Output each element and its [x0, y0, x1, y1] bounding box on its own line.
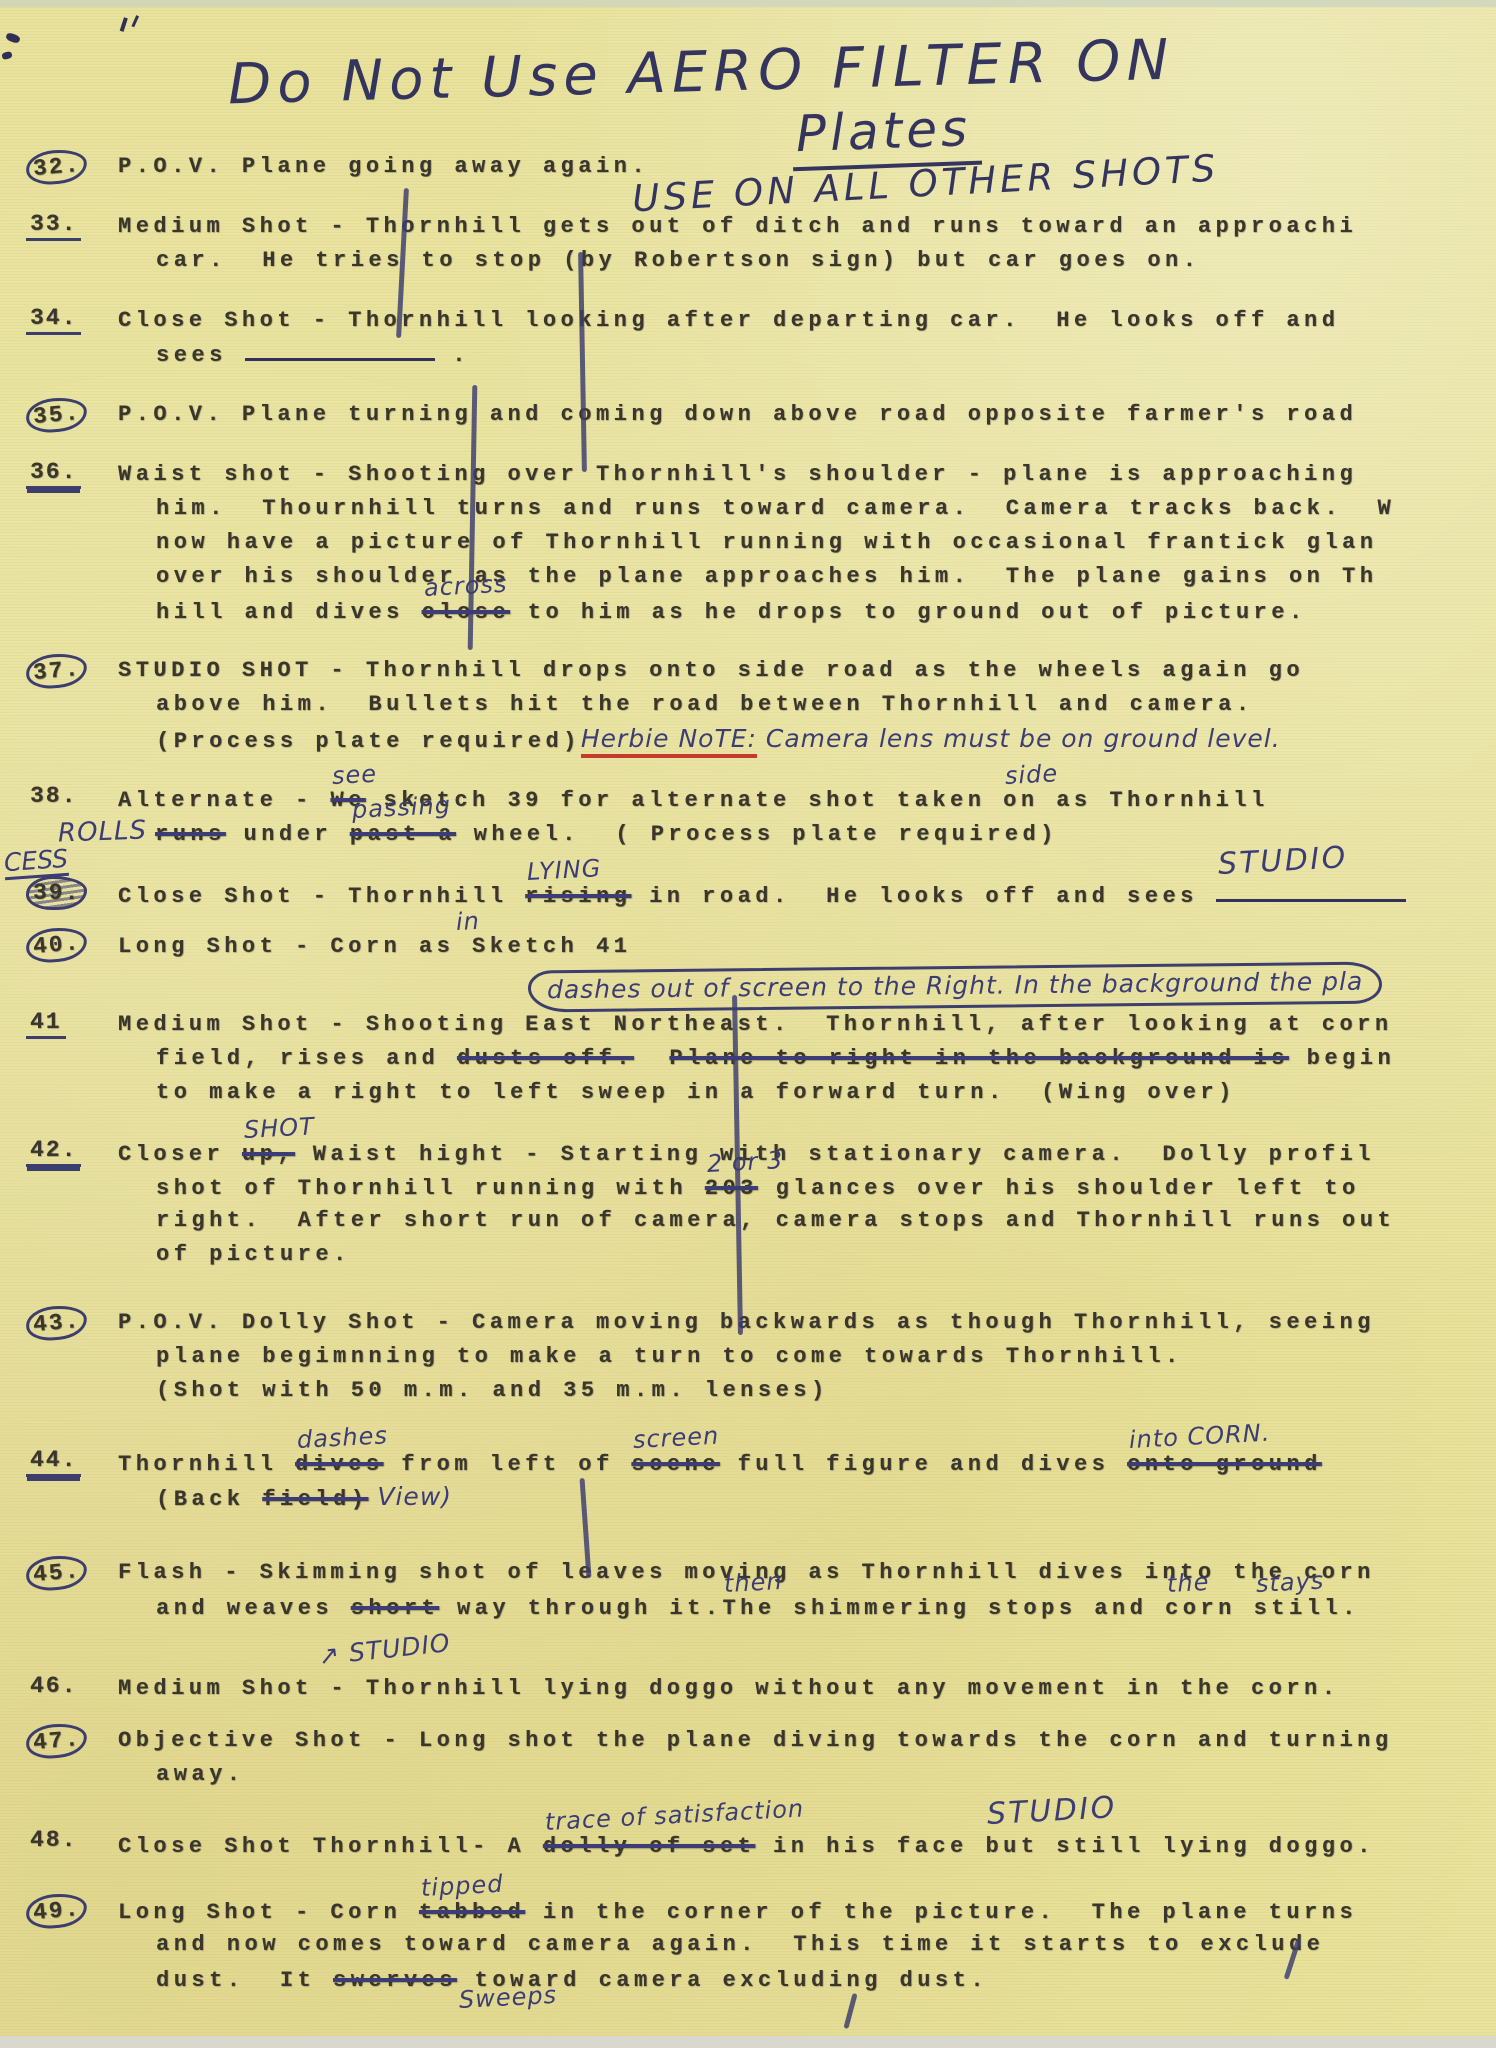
script-line: to make a right to left sweep in a forwa…	[118, 1076, 1496, 1110]
shot-description: Medium Shot - Shooting East Northeast. T…	[118, 1008, 1496, 1110]
script-line: P.O.V. Plane turning and coming down abo…	[118, 398, 1496, 432]
scan-edge-top	[0, 0, 1496, 7]
pen-stroke	[843, 1993, 857, 2029]
typed-text: in his face	[755, 1834, 985, 1859]
handwritten-row: ↗ STUDIO	[0, 1632, 1496, 1670]
script-line: (Back field) View)	[118, 1480, 1496, 1514]
typed-text: sketch 39 for alternate shot taken	[366, 788, 1003, 813]
script-line: Medium Shot - Shooting East Northeast. T…	[118, 1008, 1496, 1042]
typed-text: car. He tries to stop (by Robertson sign…	[156, 248, 1200, 273]
shot-number-column: 46.	[26, 1672, 118, 1700]
scan-edge-bottom	[0, 2036, 1496, 2048]
blank-underline	[1216, 879, 1406, 902]
typed-text: sees	[156, 343, 245, 368]
handwritten-studio-arrow: ↗ STUDIO	[317, 1625, 452, 1673]
handwritten-above: screen	[633, 1424, 635, 1457]
script-line: Close Shot Thornhill- A trace of satisfa…	[118, 1826, 1496, 1860]
struck-text: past a	[350, 822, 456, 847]
typed-text: glances over his shoulder left to	[758, 1176, 1360, 1201]
ink-smudge	[1, 51, 12, 60]
script-line: over his shoulder as the plane approache…	[118, 560, 1496, 594]
shot-description: Close Shot - Thornhill LYINGrising in ro…	[118, 876, 1496, 910]
script-line: field, rises and dusts off. Plane to rig…	[118, 1042, 1496, 1076]
shot-description: Flash - Skimming shot of leaves moving a…	[118, 1556, 1496, 1624]
shot-number: 41	[26, 1008, 66, 1039]
typed-text: Medium Shot - Shooting East Northeast. T…	[118, 1012, 1393, 1037]
ink-smudge	[5, 32, 21, 44]
typed-text: of picture.	[156, 1242, 351, 1267]
typed-text: to him as he drops to ground out of pict…	[510, 600, 1307, 625]
typed-text: Sketch 41	[454, 934, 631, 959]
typed-text: Thornhill	[118, 1452, 295, 1477]
shot-item-49: 49.Long Shot - Corn tippedtabbed in the …	[0, 1894, 1496, 1996]
typed-text: Medium Shot - Thornhill gets out of ditc…	[118, 214, 1357, 239]
shot-item-38: 38.Alternate - seeWe sketch 39 for alter…	[0, 782, 1496, 850]
struck-text: swerves	[333, 1968, 457, 1993]
script-line: (Process plate required)Herbie NoTE: Cam…	[118, 722, 1496, 756]
scanned-script-page: { "header": { "note1": "Do Not Use AERO …	[0, 0, 1496, 2048]
typed-text: (Shot with 50 m.m. and 35 m.m. lenses)	[156, 1378, 829, 1403]
script-page: Do Not Use AERO FILTER ON Plates USE ON …	[0, 0, 1496, 2048]
shot-description: STUDIO SHOT - Thornhill drops onto side …	[118, 654, 1496, 756]
handwritten-above: then	[724, 1568, 726, 1601]
shot-number: 35.	[25, 395, 89, 434]
shot-number: 42.	[26, 1136, 81, 1167]
script-line: hill and dives acrossclose to him as he …	[118, 594, 1496, 628]
shot-item-34: 34.Close Shot - Thornhill looking after …	[0, 304, 1496, 372]
struck-text: tabbed	[419, 1900, 525, 1925]
script-line: Waist shot - Shooting over Thornhill's s…	[118, 458, 1496, 492]
typed-text: P.O.V. Plane turning and coming down abo…	[118, 402, 1357, 427]
handwritten-note: ↗ STUDIO	[317, 1628, 452, 1671]
typed-text: under	[226, 822, 350, 847]
script-line: plane begimnning to make a turn to come …	[118, 1340, 1496, 1374]
shot-number-column: 45.	[26, 1556, 118, 1590]
shot-list: 32.P.O.V. Plane going away again.33.Medi…	[0, 150, 1496, 1996]
typed-text: him. Thournhill turns and runs toward ca…	[156, 496, 1395, 521]
handwritten-above: STUDIO	[1217, 848, 1219, 881]
shot-number: 40.	[25, 925, 89, 964]
typed-text: Objective Shot - Long shot the plane div…	[118, 1728, 1393, 1753]
handwritten-above: see	[332, 760, 334, 793]
shot-number: 36.	[26, 458, 81, 489]
handwritten-row: dashes out of screen to the Right. In th…	[0, 966, 1496, 1004]
typed-text: Close Shot - Thornhill looking after dep…	[118, 308, 1339, 333]
shot-number: 46.	[26, 1672, 81, 1700]
struck-text: up,	[242, 1142, 295, 1167]
typed-text: STUDIO SHOT - Thornhill drops onto side …	[118, 658, 1304, 683]
typed-text: Waist hight - Starting with stationary c…	[295, 1142, 1375, 1167]
shot-number-column: 39.CESS	[26, 876, 118, 910]
shot-item-39: 39.CESSClose Shot - Thornhill LYINGrisin…	[0, 876, 1496, 910]
script-line: car. He tries to stop (by Robertson sign…	[118, 244, 1496, 278]
shot-description: Close Shot Thornhill- A trace of satisfa…	[118, 1826, 1496, 1860]
script-line: right. After short run of camera, camera…	[118, 1204, 1496, 1238]
typed-text: wheel. ( Process plate required)	[456, 822, 1058, 847]
shot-item-40: 40.Long Shot - Corn asin Sketch 41	[0, 928, 1496, 962]
struck-text: close	[422, 600, 511, 625]
typed-text: way through it.	[439, 1596, 722, 1621]
handwritten-bubble-note: dashes out of screen to the Right. In th…	[528, 962, 1383, 1013]
script-line: and weaves short way through it.thenThe …	[118, 1590, 1496, 1624]
shot-number-column: 37.	[26, 654, 118, 688]
script-line: Long Shot - Corn tippedtabbed in the cor…	[118, 1894, 1496, 1928]
script-line: ↗ STUDIO	[118, 1632, 1496, 1666]
typed-text: field, rises and	[156, 1046, 457, 1071]
shot-number-column: 33.	[26, 210, 118, 241]
typed-text: away.	[156, 1762, 245, 1787]
shot-number: 38.	[26, 782, 81, 810]
script-line: Medium Shot - Thornhill gets out of ditc…	[118, 210, 1496, 244]
typed-text: in road. He looks off and sees	[631, 884, 1215, 909]
shot-description: P.O.V. Plane turning and coming down abo…	[118, 398, 1496, 432]
shot-number-column: 43.	[26, 1306, 118, 1340]
struck-text: dusts off.	[457, 1046, 634, 1071]
struck-text: onto ground	[1127, 1452, 1322, 1477]
typed-text: on as Thornhill	[1003, 788, 1269, 813]
script-line: STUDIO SHOT - Thornhill drops onto side …	[118, 654, 1496, 688]
handwritten-header-note: Do Not Use AERO FILTER ON	[227, 28, 1175, 118]
handwritten-margin-note: ROLLS	[57, 814, 147, 850]
typed-text: to make a right to left sweep in a forwa…	[156, 1080, 1236, 1105]
shot-description: P.O.V. Dolly Shot - Camera moving backwa…	[118, 1306, 1496, 1408]
shot-number-column: 34.	[26, 304, 118, 335]
typed-text: Medium Shot - Thornhill lying doggo with…	[118, 1676, 1339, 1701]
struck-text: Plane to right in the background is	[669, 1046, 1289, 1071]
shot-number: 34.	[26, 304, 81, 335]
typed-text: .	[435, 343, 470, 368]
shot-number-column: 47.	[26, 1724, 118, 1758]
script-line: now have a picture of Thornhill running …	[118, 526, 1496, 560]
script-line: sees .	[118, 338, 1496, 372]
shot-item-42: 42.Closer SHOTup, Waist hight - Starting…	[0, 1136, 1496, 1272]
shot-number: 37.	[25, 651, 89, 690]
shot-number-column: 35.	[26, 398, 118, 432]
struck-text: rising	[525, 884, 631, 909]
shot-item-44: 44.Thornhill dashesdives from left of sc…	[0, 1446, 1496, 1514]
script-line: Objective Shot - Long shot the plane div…	[118, 1724, 1496, 1758]
struck-text: runs	[155, 822, 226, 847]
shot-item-41: 41Medium Shot - Shooting East Northeast.…	[0, 1008, 1496, 1110]
typed-text: corn	[1165, 1596, 1254, 1621]
shot-description: Medium Shot - Thornhill gets out of ditc…	[118, 210, 1496, 278]
script-line: shot of Thornhill running with 2 or 3203…	[118, 1170, 1496, 1204]
shot-description: Close Shot - Thornhill looking after dep…	[118, 304, 1496, 372]
shot-number: 33.	[26, 210, 81, 241]
struck-text: short	[351, 1596, 440, 1621]
script-line: Long Shot - Corn asin Sketch 41	[118, 928, 1496, 962]
script-line: of picture.	[118, 1238, 1496, 1272]
typed-text: now have a picture of Thornhill running …	[156, 530, 1377, 555]
typed-text: from left of	[384, 1452, 632, 1477]
script-line: away.	[118, 1758, 1496, 1792]
typed-text: hill and dives	[156, 600, 422, 625]
typed-text: Close Shot - Thornhill	[118, 884, 525, 909]
script-line: Closer SHOTup, Waist hight - Starting wi…	[118, 1136, 1496, 1170]
script-line: Thornhill dashesdives from left of scree…	[118, 1446, 1496, 1480]
typed-text: and now comes toward camera again. This …	[156, 1932, 1324, 1957]
script-line: (Shot with 50 m.m. and 35 m.m. lenses)	[118, 1374, 1496, 1408]
struck-text: scene	[631, 1452, 720, 1477]
shot-number: 48.	[26, 1826, 81, 1854]
script-line: Close Shot - Thornhill LYINGrising in ro…	[118, 876, 1496, 910]
shot-description: Alternate - seeWe sketch 39 for alternat…	[118, 782, 1496, 850]
shot-number: 32.	[25, 147, 89, 186]
typed-text: (Back	[156, 1487, 262, 1512]
typed-text: still.	[1254, 1596, 1360, 1621]
shot-description: Medium Shot - Thornhill lying doggo with…	[118, 1672, 1496, 1706]
shot-item-46: 46.Medium Shot - Thornhill lying doggo w…	[0, 1672, 1496, 1706]
typed-text: dust. It	[156, 1968, 333, 1993]
shot-number-column: 44.	[26, 1446, 118, 1477]
shot-description: Long Shot - Corn asin Sketch 41	[118, 928, 1496, 962]
shot-number: 49.	[25, 1891, 89, 1930]
shot-number: 43.	[25, 1303, 89, 1342]
typed-text: plane begimnning to make a turn to come …	[156, 1344, 1183, 1369]
typed-text: Long Shot - Corn as	[118, 934, 454, 959]
typed-text: P.O.V. Plane going away again.	[118, 154, 649, 179]
shot-number: 39.	[26, 876, 87, 910]
shot-number: 45.	[25, 1553, 89, 1592]
shot-description: Thornhill dashesdives from left of scree…	[118, 1446, 1496, 1514]
script-line: Alternate - seeWe sketch 39 for alternat…	[118, 782, 1496, 816]
shot-item-43: 43.P.O.V. Dolly Shot - Camera moving bac…	[0, 1306, 1496, 1408]
typed-text: in the corner of the picture. The plane …	[525, 1900, 1357, 1925]
handwritten-above: STUDIO	[987, 1798, 989, 1831]
typed-text: right. After short run of camera, camera…	[156, 1208, 1395, 1233]
typed-text: Closer	[118, 1142, 242, 1167]
shot-number-column: 40.	[26, 928, 118, 962]
shot-number-column: 36.	[26, 458, 118, 489]
shot-item-35: 35.P.O.V. Plane turning and coming down …	[0, 398, 1496, 432]
blank-underline	[245, 338, 435, 361]
script-line: him. Thournhill turns and runs toward ca…	[118, 492, 1496, 526]
script-line: Medium Shot - Thornhill lying doggo with…	[118, 1672, 1496, 1706]
typed-text: Waist shot - Shooting over Thornhill's s…	[118, 462, 1357, 487]
typed-text: but still lying doggo.	[985, 1834, 1374, 1859]
struck-text: dolly of set	[543, 1834, 755, 1859]
script-line: Close Shot - Thornhill looking after dep…	[118, 304, 1496, 338]
script-line: P.O.V. Dolly Shot - Camera moving backwa…	[118, 1306, 1496, 1340]
script-line: above him. Bullets hit the road between …	[118, 688, 1496, 722]
shot-item-37: 37.STUDIO SHOT - Thornhill drops onto si…	[0, 654, 1496, 756]
shot-item-48: 48.Close Shot Thornhill- A trace of sati…	[0, 1826, 1496, 1860]
typed-text: Long Shot - Corn	[118, 1900, 419, 1925]
shot-description: Waist shot - Shooting over Thornhill's s…	[118, 458, 1496, 628]
shot-number: 44.	[26, 1446, 81, 1477]
shot-description: ↗ STUDIO	[118, 1632, 1496, 1670]
typed-text: and weaves	[156, 1596, 351, 1621]
handwritten-note: Camera lens must be on ground level.	[757, 724, 1281, 753]
shot-description: Long Shot - Corn tippedtabbed in the cor…	[118, 1894, 1496, 1996]
shot-item-33: 33.Medium Shot - Thornhill gets out of d…	[0, 210, 1496, 278]
handwritten-margin-note: CESS	[3, 844, 69, 880]
shot-description: dashes out of screen to the Right. In th…	[118, 966, 1496, 1004]
shot-number-column: 48.	[26, 1826, 118, 1854]
shot-number-column: 32.	[26, 150, 118, 184]
typed-text: full figure and dives	[720, 1452, 1127, 1477]
shot-description: Objective Shot - Long shot the plane div…	[118, 1724, 1496, 1792]
typed-text	[634, 1046, 669, 1071]
pen-tick	[126, 13, 139, 28]
typed-text: (Process plate required)	[156, 729, 581, 754]
shot-number-column: 38.	[26, 782, 118, 810]
shot-number-column: 49.	[26, 1894, 118, 1928]
typed-text: begin	[1289, 1046, 1395, 1071]
shot-description: Closer SHOTup, Waist hight - Starting wi…	[118, 1136, 1496, 1272]
handwritten-note: dashes out of screen to the Right. In th…	[547, 967, 1364, 1005]
shot-item-47: 47.Objective Shot - Long shot the plane …	[0, 1724, 1496, 1792]
handwritten-note-red-underline: Herbie NoTE:	[581, 724, 757, 758]
shot-number-column: 41	[26, 1008, 118, 1039]
handwritten-note: View)	[368, 1482, 452, 1511]
typed-text: above him. Bullets hit the road between …	[156, 692, 1254, 717]
struck-text: dives	[295, 1452, 384, 1477]
typed-text: P.O.V. Dolly Shot - Camera moving backwa…	[118, 1310, 1375, 1335]
typed-text: Alternate -	[118, 788, 330, 813]
handwritten-above: in	[455, 906, 457, 939]
typed-text: shot of Thornhill running with	[156, 1176, 705, 1201]
typed-text: over his shoulder as the plane approache…	[156, 564, 1377, 589]
typed-text: The shimmering stops and	[722, 1596, 1165, 1621]
shot-number-column: 42.	[26, 1136, 118, 1167]
shot-item-36: 36.Waist shot - Shooting over Thornhill'…	[0, 458, 1496, 628]
shot-number: 47.	[25, 1721, 89, 1760]
script-line: dashes out of screen to the Right. In th…	[118, 966, 1496, 1000]
struck-text: 203	[705, 1176, 758, 1201]
shot-item-45: 45.Flash - Skimming shot of leaves movin…	[0, 1556, 1496, 1624]
handwritten-below: Sweeps	[458, 1984, 460, 2017]
typed-text: Close Shot Thornhill- A	[118, 1834, 543, 1859]
struck-text: field)	[262, 1487, 368, 1512]
